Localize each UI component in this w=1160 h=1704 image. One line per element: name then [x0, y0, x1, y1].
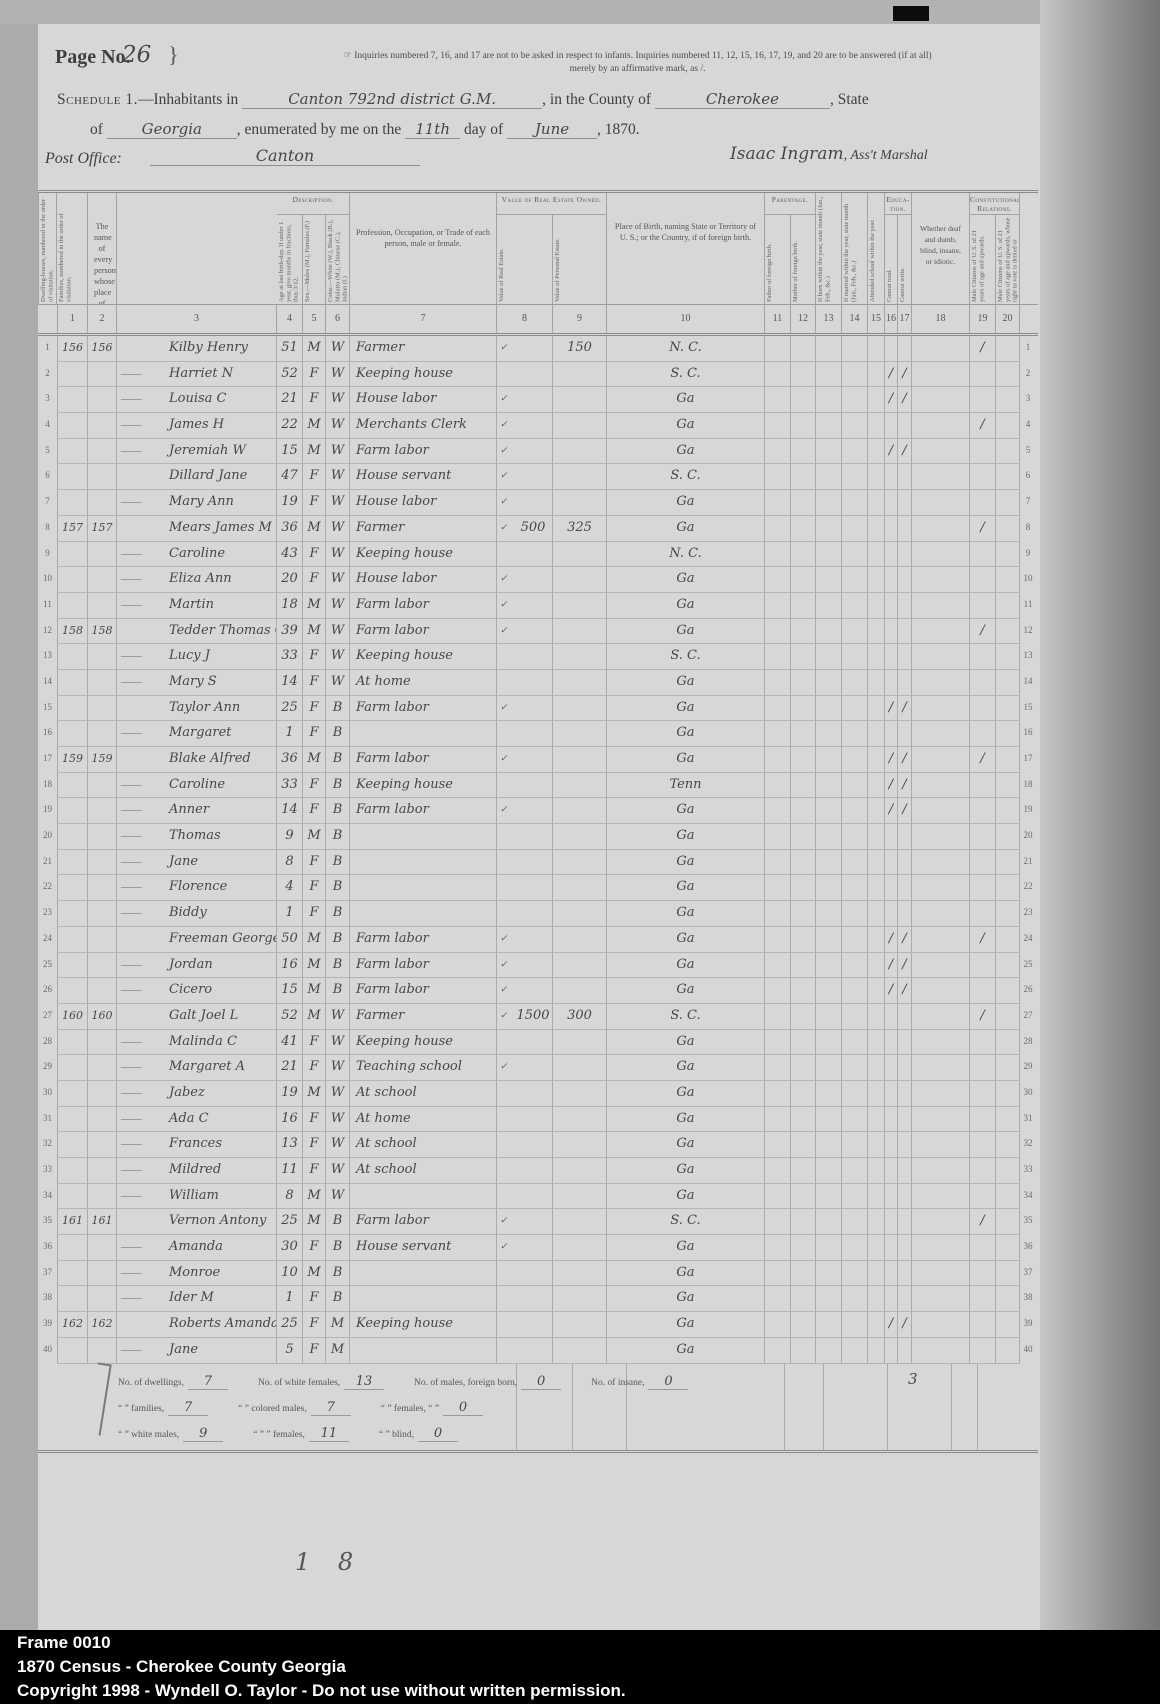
tally-check-mark [497, 1312, 514, 1337]
cell-married-month [842, 901, 868, 927]
cell-age: 10 [277, 1261, 303, 1287]
ditto-dash: —— [121, 1030, 169, 1055]
cell-cannot-read [885, 464, 898, 490]
cell-real-estate [497, 1132, 553, 1158]
cell-sex: F [303, 696, 326, 722]
header-deaf-dumb: Whether deaf and dumb, blind, insane, or… [912, 193, 970, 304]
table-row: 16 ——Margaret 1 F B Ga 16 [38, 721, 1038, 747]
cell-born-month [816, 978, 842, 1004]
cell-name: Roberts Amanda [117, 1312, 277, 1338]
cell-vote-denied [996, 593, 1020, 619]
cell-cannot-read [885, 490, 898, 516]
real-estate-value [514, 1261, 552, 1286]
table-row: 7 ——Mary Ann 19 F W House labor ✓ Ga 7 [38, 490, 1038, 516]
cell-cannot-write [898, 1235, 912, 1261]
cell-cannot-write [898, 1107, 912, 1133]
cell-male-citizen: / [970, 516, 996, 542]
cell-birthplace: Ga [607, 413, 765, 439]
cell-deaf-dumb [912, 1158, 970, 1184]
person-name: Roberts Amanda [169, 1312, 277, 1337]
cell-family-number: 161 [88, 1209, 117, 1235]
cell-father-foreign [765, 1030, 791, 1056]
table-row: 9 ——Caroline 43 F W Keeping house N. C. … [38, 542, 1038, 568]
cell-family-number [88, 464, 117, 490]
cell-real-estate [497, 901, 553, 927]
row-number-left: 23 [38, 901, 57, 927]
cell-vote-denied [996, 824, 1020, 850]
cell-family-number [88, 978, 117, 1004]
cell-born-month [816, 927, 842, 953]
cell-mother-foreign [791, 387, 816, 413]
cell-male-citizen [970, 490, 996, 516]
cell-attended-school [868, 875, 885, 901]
cell-birthplace: Ga [607, 824, 765, 850]
cell-married-month [842, 336, 868, 362]
real-estate-value [514, 1081, 552, 1106]
cell-personal-estate [553, 387, 607, 413]
cell-real-estate [497, 1184, 553, 1210]
col-num-20: 20 [996, 305, 1020, 333]
cell-cannot-write: / [898, 978, 912, 1004]
cell-deaf-dumb [912, 593, 970, 619]
cell-deaf-dumb [912, 1209, 970, 1235]
ditto-dash: —— [121, 901, 169, 926]
row-number-left: 3 [38, 387, 57, 413]
cell-cannot-read [885, 670, 898, 696]
tally-check-mark [497, 670, 514, 695]
row-number-right: 35 [1020, 1209, 1036, 1235]
col-num-5: 5 [303, 305, 326, 333]
cell-occupation [350, 875, 497, 901]
cell-born-month [816, 516, 842, 542]
cell-mother-foreign [791, 747, 816, 773]
cell-name: ——Jabez [117, 1081, 277, 1107]
cell-mother-foreign [791, 721, 816, 747]
cell-father-foreign [765, 1338, 791, 1364]
cell-real-estate: ✓ [497, 567, 553, 593]
day-of-label: day of [464, 121, 503, 138]
cell-vote-denied [996, 875, 1020, 901]
tally-check-mark: ✓ [497, 387, 514, 412]
cell-deaf-dumb [912, 798, 970, 824]
cell-attended-school [868, 1261, 885, 1287]
person-name: Mary S [169, 670, 217, 695]
row-number-left: 1 [38, 336, 57, 362]
cell-sex: F [303, 1055, 326, 1081]
cell-dwelling-number [57, 542, 88, 568]
cell-personal-estate [553, 798, 607, 824]
cell-born-month [816, 696, 842, 722]
header-personal-estate: Value of Personal Estate. [553, 215, 607, 304]
cell-name: ——Mary S [117, 670, 277, 696]
cell-family-number [88, 644, 117, 670]
cell-name: Galt Joel L [117, 1004, 277, 1030]
cell-deaf-dumb [912, 875, 970, 901]
cell-male-citizen [970, 362, 996, 388]
cell-age: 22 [277, 413, 303, 439]
cell-personal-estate [553, 978, 607, 1004]
tally-check-mark [497, 1030, 514, 1055]
real-estate-value: 500 [514, 516, 552, 541]
cell-attended-school [868, 978, 885, 1004]
row-number-right: 4 [1020, 413, 1036, 439]
cell-personal-estate [553, 747, 607, 773]
cell-married-month [842, 1184, 868, 1210]
person-name: Mears James M [169, 516, 272, 541]
cell-family-number [88, 1107, 117, 1133]
row-number-left: 6 [38, 464, 57, 490]
row-number-right: 17 [1020, 747, 1036, 773]
ditto-dash: —— [121, 490, 169, 515]
cell-cannot-read: / [885, 362, 898, 388]
cell-real-estate [497, 1158, 553, 1184]
cell-married-month [842, 824, 868, 850]
person-name: Jane [169, 850, 198, 875]
cell-sex: F [303, 670, 326, 696]
cell-attended-school [868, 850, 885, 876]
cell-born-month [816, 567, 842, 593]
cell-age: 14 [277, 670, 303, 696]
table-row: 24 Freeman George 50 M B Farm labor ✓ Ga… [38, 927, 1038, 953]
col-num-13: 13 [816, 305, 842, 333]
cell-married-month [842, 619, 868, 645]
col-num-8: 8 [497, 305, 553, 333]
cell-deaf-dumb [912, 1004, 970, 1030]
cell-cannot-write [898, 1209, 912, 1235]
cell-cannot-write [898, 413, 912, 439]
ditto-dash [121, 1312, 169, 1337]
row-number-right: 26 [1020, 978, 1036, 1004]
cell-real-estate: ✓ [497, 978, 553, 1004]
cell-age: 52 [277, 1004, 303, 1030]
cell-cannot-write: / [898, 1312, 912, 1338]
tally-check-mark: ✓ [497, 1235, 514, 1260]
cell-born-month [816, 1312, 842, 1338]
real-estate-value [514, 644, 552, 669]
col-num-15: 15 [868, 305, 885, 333]
cell-sex: F [303, 567, 326, 593]
cell-occupation: Farm labor [350, 439, 497, 465]
cell-personal-estate [553, 490, 607, 516]
cell-personal-estate [553, 927, 607, 953]
cell-age: 11 [277, 1158, 303, 1184]
ditto-dash: —— [121, 644, 169, 669]
cell-deaf-dumb [912, 1107, 970, 1133]
cell-attended-school [868, 1235, 885, 1261]
row-number-left: 35 [38, 1209, 57, 1235]
table-row: 6 Dillard Jane 47 F W House servant ✓ S.… [38, 464, 1038, 490]
cell-mother-foreign [791, 619, 816, 645]
cell-personal-estate [553, 773, 607, 799]
cell-cannot-write [898, 721, 912, 747]
row-number-left: 5 [38, 439, 57, 465]
cell-cannot-read [885, 1209, 898, 1235]
cell-sex: M [303, 824, 326, 850]
cell-birthplace: S. C. [607, 464, 765, 490]
cell-married-month [842, 567, 868, 593]
cell-attended-school [868, 1107, 885, 1133]
row-number-right: 20 [1020, 824, 1036, 850]
cell-cannot-read [885, 1132, 898, 1158]
cell-occupation [350, 824, 497, 850]
cell-birthplace: S. C. [607, 1004, 765, 1030]
real-estate-value [514, 593, 552, 618]
person-name: Mary Ann [169, 490, 234, 515]
cell-mother-foreign [791, 875, 816, 901]
cell-occupation [350, 1286, 497, 1312]
cell-occupation: House servant [350, 464, 497, 490]
real-estate-value [514, 1055, 552, 1080]
real-estate-value [514, 1132, 552, 1157]
marshal-title: , Ass't Marshal [844, 148, 928, 163]
cell-dwelling-number: 161 [57, 1209, 88, 1235]
table-row: 14 ——Mary S 14 F W At home Ga 14 [38, 670, 1038, 696]
cell-male-citizen: / [970, 336, 996, 362]
cell-real-estate [497, 824, 553, 850]
col-num-2: 2 [88, 305, 117, 333]
cell-personal-estate [553, 1184, 607, 1210]
person-name: Cicero [169, 978, 212, 1003]
cell-male-citizen [970, 1184, 996, 1210]
cell-name: Kilby Henry [117, 336, 277, 362]
row-number-right: 23 [1020, 901, 1036, 927]
cell-occupation: Farm labor [350, 696, 497, 722]
header-name: The name of every person whose place of … [88, 193, 117, 304]
cell-cannot-read [885, 1261, 898, 1287]
cell-name: ——Malinda C [117, 1030, 277, 1056]
cell-male-citizen [970, 978, 996, 1004]
person-name: Tedder Thomas C [169, 619, 277, 644]
cell-real-estate [497, 850, 553, 876]
cell-color: B [326, 875, 350, 901]
of-label: of [90, 121, 103, 138]
marshal-signature: Isaac Ingram, Ass't Marshal [730, 144, 928, 164]
cell-birthplace: Ga [607, 1030, 765, 1056]
cell-sex: F [303, 721, 326, 747]
cell-name: Dillard Jane [117, 464, 277, 490]
cell-occupation: Farmer [350, 516, 497, 542]
cell-real-estate [497, 875, 553, 901]
cell-vote-denied [996, 490, 1020, 516]
cell-color: W [326, 670, 350, 696]
real-estate-value [514, 542, 552, 567]
cell-deaf-dumb [912, 567, 970, 593]
cell-married-month [842, 387, 868, 413]
cell-family-number [88, 439, 117, 465]
cell-sex: F [303, 464, 326, 490]
cell-birthplace: Ga [607, 1081, 765, 1107]
cell-married-month [842, 1055, 868, 1081]
cell-sex: M [303, 1209, 326, 1235]
ditto-dash: —— [121, 1338, 169, 1363]
cell-birthplace: Ga [607, 1286, 765, 1312]
cell-mother-foreign [791, 1209, 816, 1235]
tally-check-mark: ✓ [497, 978, 514, 1003]
cell-cannot-read [885, 593, 898, 619]
cell-married-month [842, 1209, 868, 1235]
cell-personal-estate [553, 1235, 607, 1261]
cell-born-month [816, 875, 842, 901]
cell-family-number [88, 696, 117, 722]
cell-color: B [326, 1261, 350, 1287]
cell-deaf-dumb [912, 1235, 970, 1261]
handwritten-page-mark: 1 8 [295, 1548, 363, 1576]
cell-occupation: Farm labor [350, 927, 497, 953]
form-instructions: ☞ Inquiries numbered 7, 16, and 17 are n… [240, 50, 1035, 76]
cell-cannot-write [898, 1338, 912, 1364]
cell-occupation: House labor [350, 387, 497, 413]
cell-cannot-write [898, 1055, 912, 1081]
cell-deaf-dumb [912, 336, 970, 362]
cell-born-month [816, 464, 842, 490]
cell-dwelling-number: 159 [57, 747, 88, 773]
real-estate-value [514, 875, 552, 900]
cell-married-month [842, 1338, 868, 1364]
person-name: Freeman George [169, 927, 277, 952]
table-row: 10 ——Eliza Ann 20 F W House labor ✓ Ga 1… [38, 567, 1038, 593]
cell-dwelling-number [57, 1107, 88, 1133]
cell-birthplace: Ga [607, 439, 765, 465]
cell-family-number [88, 1235, 117, 1261]
cell-name: Mears James M [117, 516, 277, 542]
cell-deaf-dumb [912, 850, 970, 876]
cell-father-foreign [765, 1184, 791, 1210]
cell-age: 21 [277, 387, 303, 413]
pencil-stroke-mark [99, 1366, 112, 1435]
cell-occupation: Farm labor [350, 747, 497, 773]
cell-sex: F [303, 644, 326, 670]
cell-dwelling-number [57, 978, 88, 1004]
cell-color: W [326, 464, 350, 490]
row-number-left: 16 [38, 721, 57, 747]
cell-sex: M [303, 1004, 326, 1030]
cell-born-month [816, 439, 842, 465]
tally-check-mark [497, 644, 514, 669]
cell-age: 50 [277, 927, 303, 953]
state-suffix: , State [830, 91, 869, 108]
cell-attended-school [868, 696, 885, 722]
cell-father-foreign [765, 1312, 791, 1338]
cell-father-foreign [765, 1261, 791, 1287]
cell-father-foreign [765, 1004, 791, 1030]
cell-name: Tedder Thomas C [117, 619, 277, 645]
cell-mother-foreign [791, 1132, 816, 1158]
caption-frame: Frame 0010 [0, 1630, 1160, 1654]
summary-colored-males-label: “ ” colored males, [238, 1404, 307, 1414]
cell-cannot-read [885, 644, 898, 670]
tally-check-mark: ✓ [497, 439, 514, 464]
cell-birthplace: Ga [607, 875, 765, 901]
cell-father-foreign [765, 696, 791, 722]
summary-colored-males-value: 7 [311, 1400, 351, 1416]
cell-mother-foreign [791, 1312, 816, 1338]
scan-background-strip [0, 0, 1160, 24]
cell-mother-foreign [791, 1235, 816, 1261]
cell-dwelling-number [57, 901, 88, 927]
ditto-dash [121, 516, 169, 541]
cell-occupation: Keeping house [350, 362, 497, 388]
summary-blind-label: “ ” blind, [379, 1430, 414, 1440]
row-number-right: 25 [1020, 953, 1036, 979]
census-form: Dwelling-houses, numbered in the order o… [38, 190, 1038, 1453]
summary-white-males-value: 9 [183, 1426, 223, 1442]
person-name: Galt Joel L [169, 1004, 238, 1029]
cell-attended-school [868, 1286, 885, 1312]
cell-cannot-write [898, 644, 912, 670]
summary-line-2: “ ” families,7 “ ” colored males,7 “ ” f… [118, 1398, 509, 1416]
cell-occupation [350, 1261, 497, 1287]
cell-name: ——Jordan [117, 953, 277, 979]
cell-cannot-write [898, 850, 912, 876]
header-mother-foreign: Mother of foreign birth. [791, 215, 816, 304]
tally-check-mark [497, 721, 514, 746]
cell-color: W [326, 1132, 350, 1158]
tally-check-mark: ✓ [497, 798, 514, 823]
cell-birthplace: Ga [607, 1132, 765, 1158]
cell-father-foreign [765, 953, 791, 979]
year-label: , 1870. [597, 121, 640, 138]
cell-real-estate: ✓ [497, 747, 553, 773]
cell-cannot-read [885, 850, 898, 876]
cell-name: ——Ada C [117, 1107, 277, 1133]
table-row: 38 ——Ider M 1 F B Ga 38 [38, 1286, 1038, 1312]
tally-check-mark [497, 824, 514, 849]
cell-male-citizen [970, 721, 996, 747]
cell-sex: M [303, 953, 326, 979]
cell-real-estate: ✓ [497, 619, 553, 645]
cell-personal-estate [553, 413, 607, 439]
cell-sex: F [303, 850, 326, 876]
real-estate-value [514, 1158, 552, 1183]
cell-real-estate [497, 1030, 553, 1056]
cell-deaf-dumb [912, 1081, 970, 1107]
cell-birthplace: Ga [607, 567, 765, 593]
cell-married-month [842, 542, 868, 568]
table-body: 1 156 156 Kilby Henry 51 M W Farmer ✓ 15… [38, 336, 1038, 1364]
cell-color: B [326, 953, 350, 979]
summary-families-value: 7 [168, 1400, 208, 1416]
cell-name: ——Harriet N [117, 362, 277, 388]
cell-vote-denied [996, 670, 1020, 696]
tally-check-mark: ✓ [497, 490, 514, 515]
row-number-right: 33 [1020, 1158, 1036, 1184]
cell-male-citizen [970, 464, 996, 490]
real-estate-value [514, 850, 552, 875]
group-constitutional: Constitutional Relations. [970, 193, 1020, 215]
cell-birthplace: Ga [607, 721, 765, 747]
cell-sex: F [303, 1132, 326, 1158]
cell-cannot-read [885, 1286, 898, 1312]
district-field: Canton 792nd district G.M. [242, 90, 542, 109]
tally-check-mark [497, 1132, 514, 1157]
cell-born-month [816, 593, 842, 619]
cell-dwelling-number [57, 875, 88, 901]
cell-born-month [816, 644, 842, 670]
cell-father-foreign [765, 439, 791, 465]
cell-name: ——Eliza Ann [117, 567, 277, 593]
cell-dwelling-number [57, 464, 88, 490]
cell-sex: F [303, 901, 326, 927]
cell-birthplace: S. C. [607, 362, 765, 388]
cell-cannot-write: / [898, 927, 912, 953]
group-parentage: Parentage. [765, 193, 816, 215]
cell-cannot-read [885, 413, 898, 439]
cell-born-month [816, 1055, 842, 1081]
tally-check-mark: ✓ [497, 1004, 514, 1029]
table-row: 26 ——Cicero 15 M B Farm labor ✓ Ga / / 2… [38, 978, 1038, 1004]
cell-born-month [816, 901, 842, 927]
cell-sex: F [303, 773, 326, 799]
